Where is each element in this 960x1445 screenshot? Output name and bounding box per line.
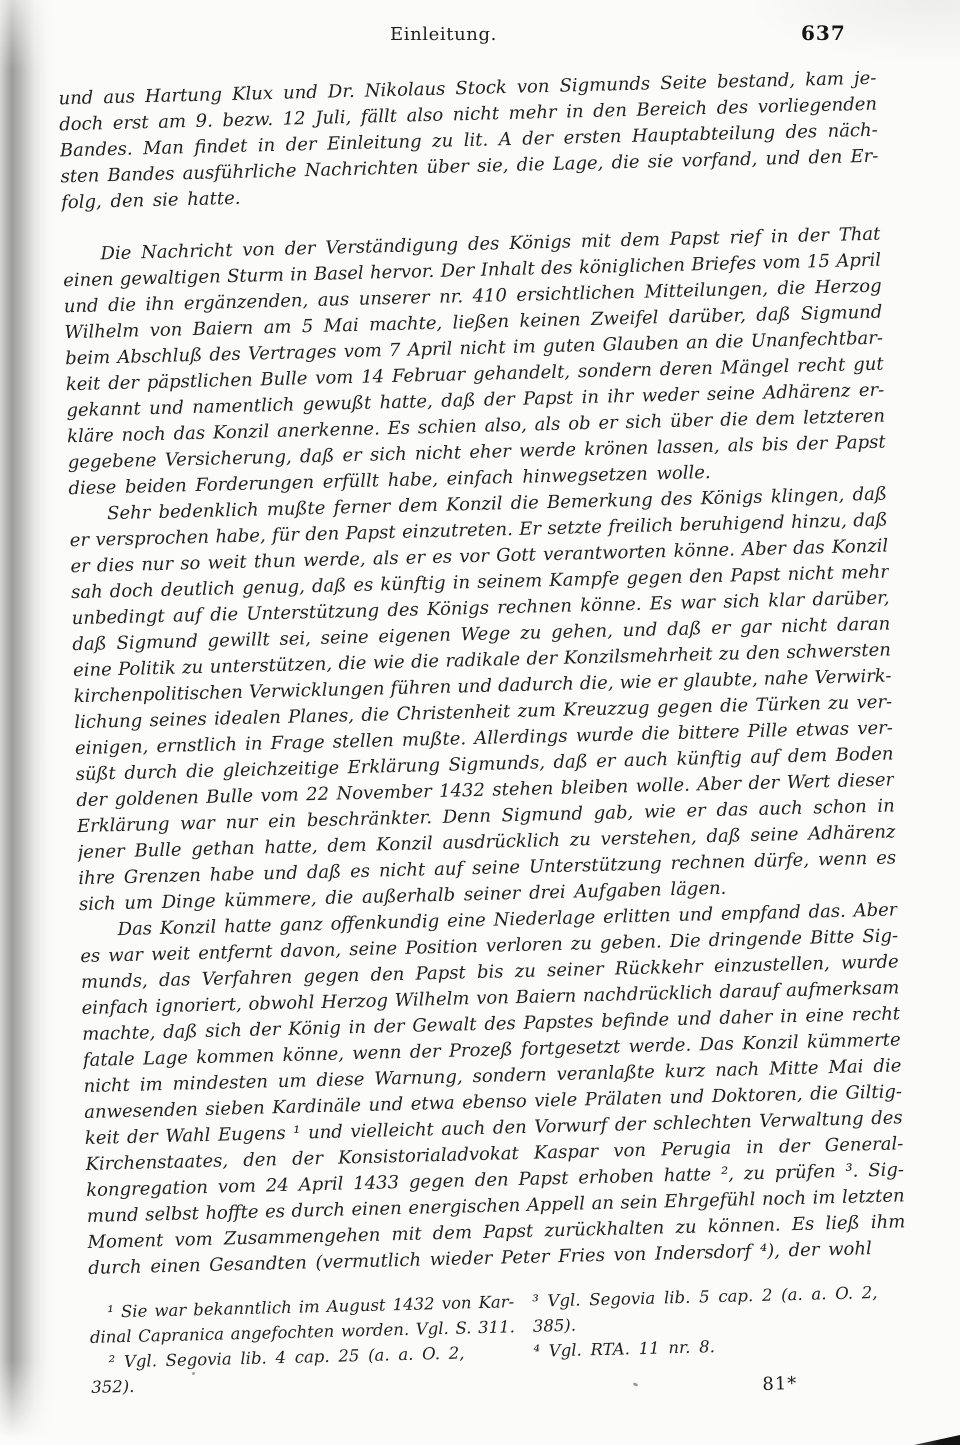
footnote-line: ² Vgl. Segovia lib. 4 cap. 25 (a. a. O. … [90,1339,516,1400]
page-content: und aus Hartung Klux und Dr. Nikolaus St… [58,60,909,1414]
book-page-scan: Einleitung. 637 und aus Hartung Klux und… [0,0,960,1445]
scan-speck [192,1372,195,1375]
footnote-right-lines: ³ Vgl. Segovia lib. 5 cap. 2 (a. a. O. 2… [532,1279,909,1363]
paragraph: Das Konzil hatte ganz offenkundig eine N… [79,897,906,1282]
footnotes-section: ¹ Sie war bekanntlich im August 1432 von… [89,1279,910,1414]
paragraph: und aus Hartung Klux und Dr. Nikolaus St… [58,66,879,217]
footnote-column-right: ³ Vgl. Segovia lib. 5 cap. 2 (a. a. O. 2… [532,1279,910,1402]
signature-mark: 81* [534,1368,910,1402]
paragraph: Sehr bedenklich mußte ferner dem Konzil … [69,482,897,919]
binding-gutter-shadow [0,0,56,1445]
footnote-column-left: ¹ Sie war bekanntlich im August 1432 von… [89,1289,517,1414]
running-title: Einleitung. [390,24,497,45]
page-number: 637 [801,21,846,45]
page-corner-shadow [914,1435,960,1445]
body-text: und aus Hartung Klux und Dr. Nikolaus St… [58,60,906,1282]
paragraph: Die Nachricht von der Verständigung des … [62,222,886,503]
